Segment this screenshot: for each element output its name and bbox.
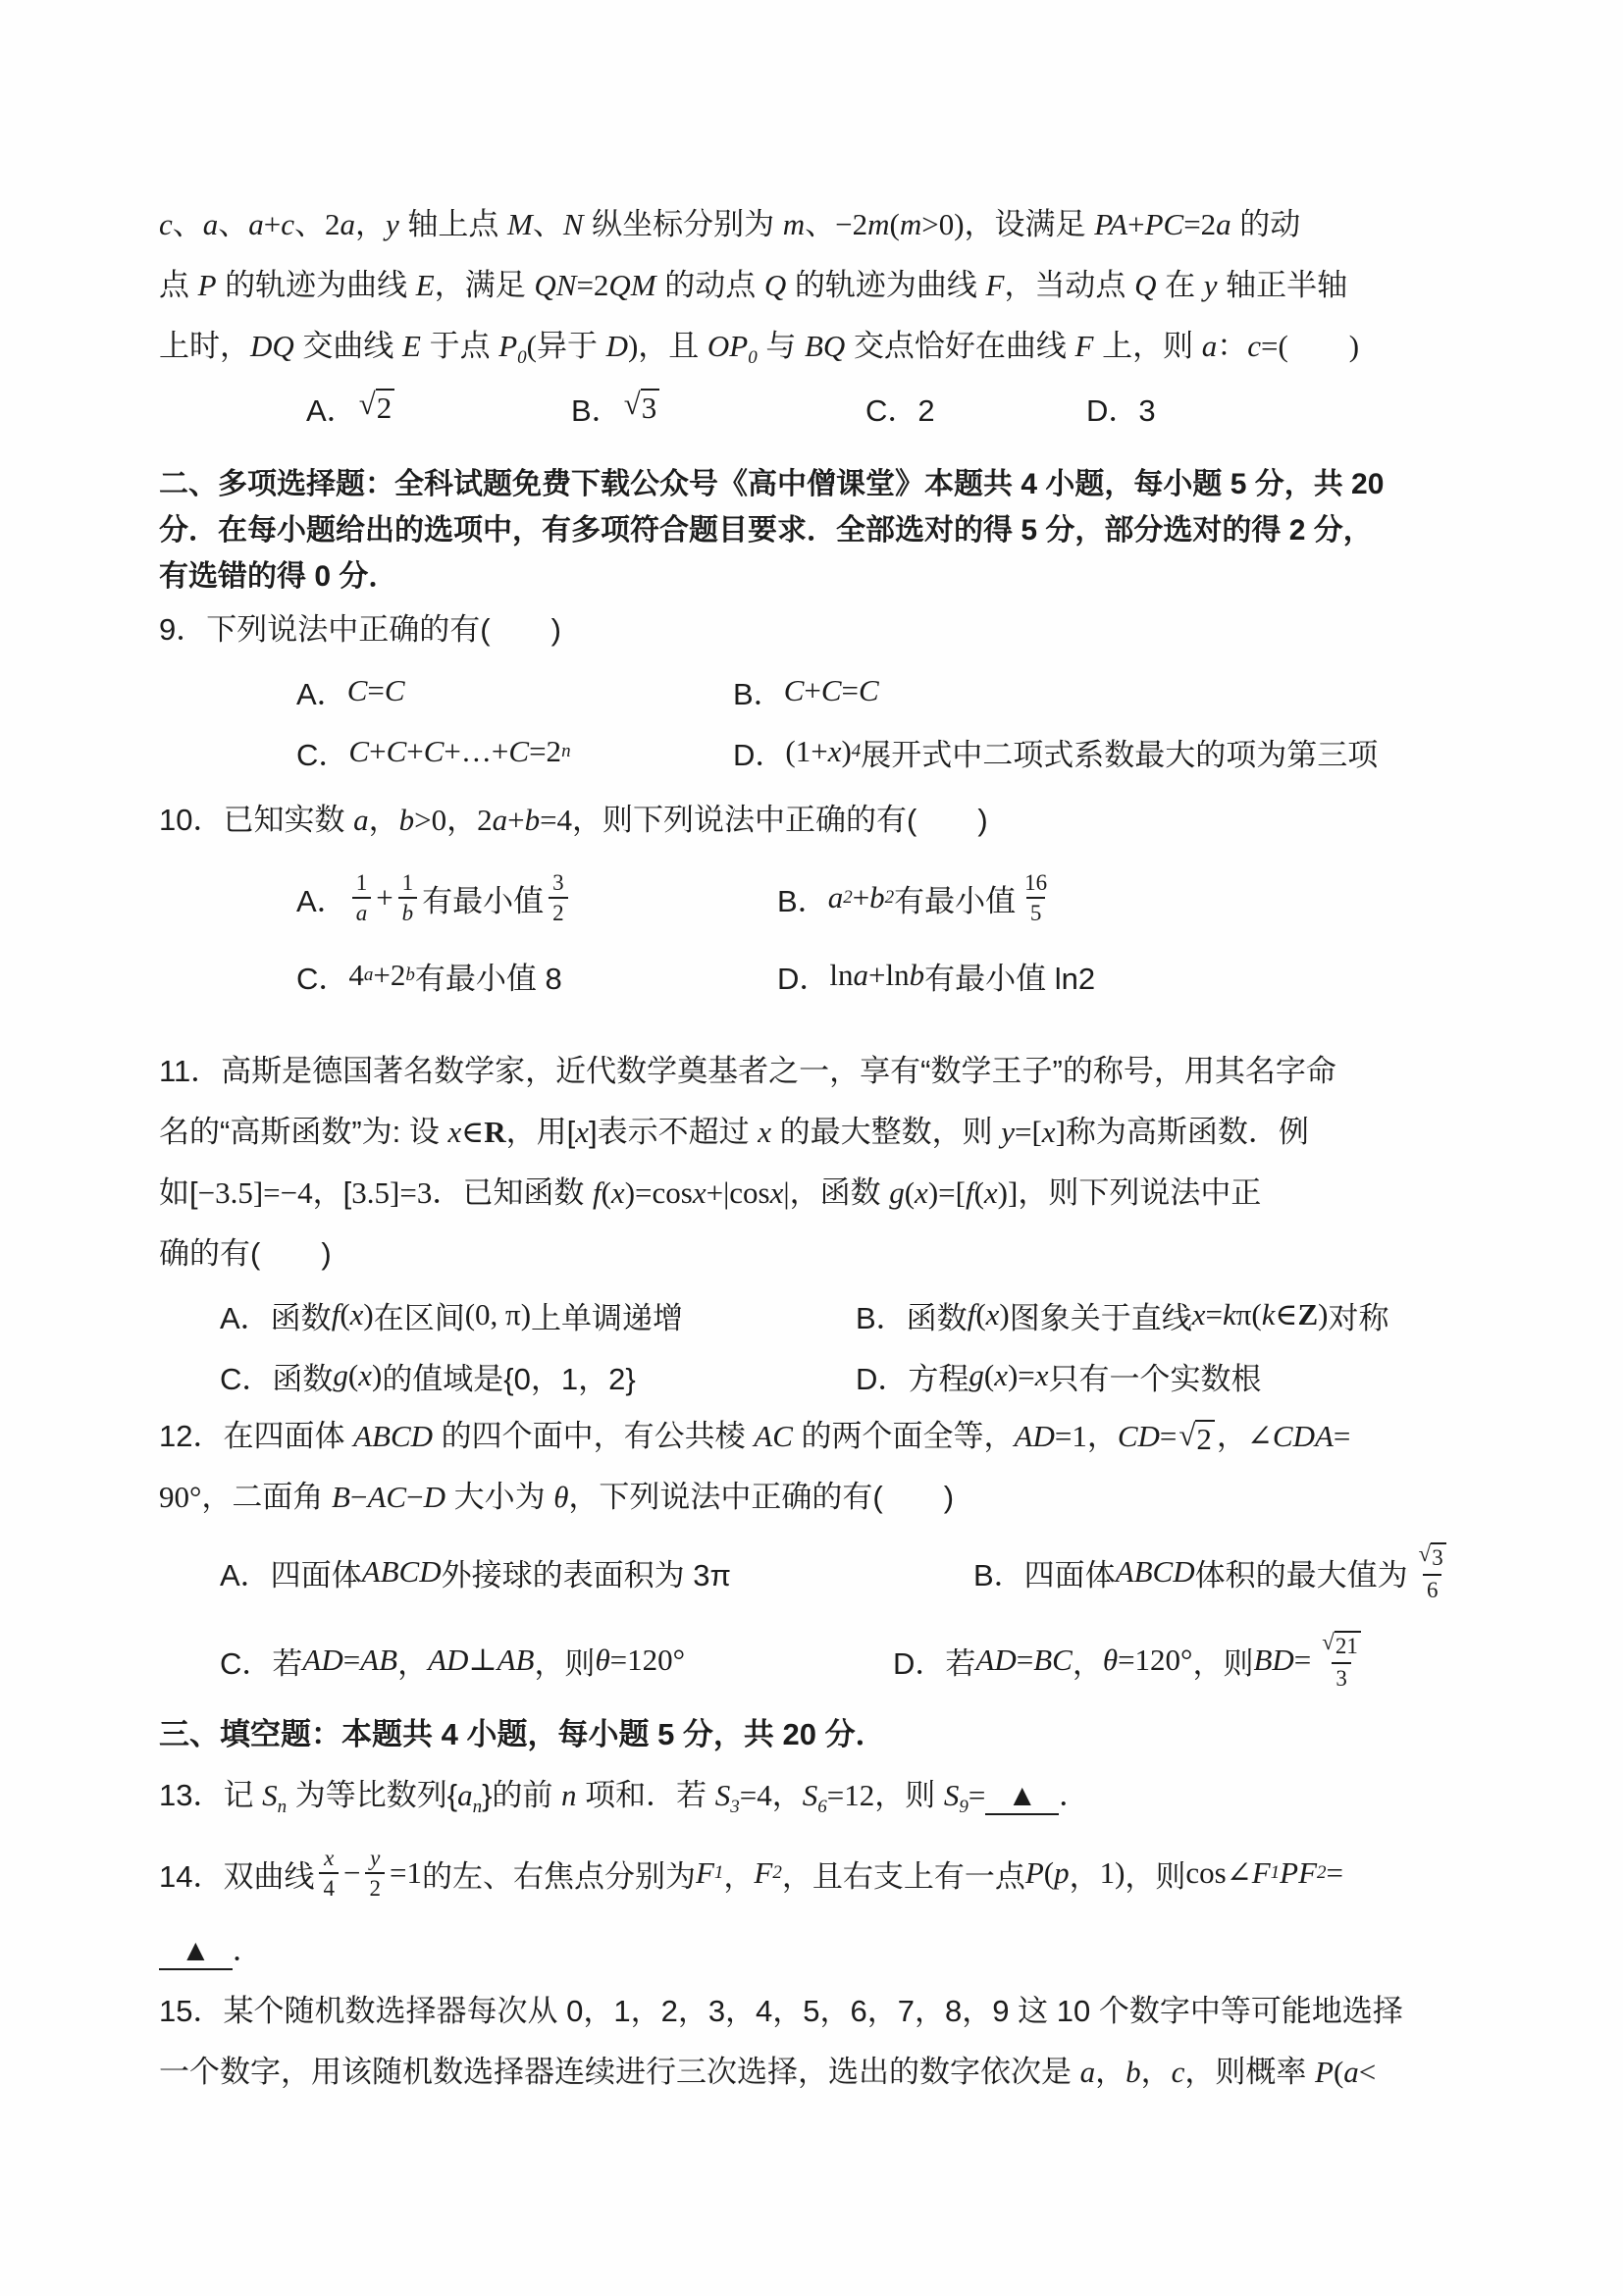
section-2-header: 二、多项选择题：全科试题免费下载公众号《高中僧课堂》本题共 4 小题，每小题 5…	[159, 461, 1476, 600]
option-d: D．(1+x)4展开式中二项式系数最大的项为第三项	[733, 721, 1476, 782]
option-b: B．函数 f(x)图象关于直线 x=kπ(k∈Z)对称	[856, 1284, 1476, 1345]
text-line: 90°，二面角 B−AC−D 大小为 θ，下列说法中正确的有( )	[159, 1467, 1476, 1528]
question-12-options-row-1: A．四面体 ABCD 外接球的表面积为 3π B．四面体 ABCD 体积的最大值…	[159, 1528, 1476, 1616]
option-d: D．若 AD=BC，θ=120°，则 BD=√213	[893, 1616, 1476, 1704]
text-line: 上时，DQ 交曲线 E 于点 P0(异于 D)，且 OP0 与 BQ 交点恰好在…	[159, 316, 1476, 377]
question-9-options-row-2: C．C+C+C+…+C=2n D．(1+x)4展开式中二项式系数最大的项为第三项	[159, 721, 1476, 782]
option-d: D．方程 g(x)=x 只有一个实数根	[856, 1345, 1476, 1406]
question-11-options-row-1: A．函数 f(x)在区间(0, π)上单调递增 B．函数 f(x)图象关于直线 …	[159, 1284, 1476, 1345]
text-line: 二、多项选择题：全科试题免费下载公众号《高中僧课堂》本题共 4 小题，每小题 5…	[159, 461, 1476, 507]
option-a: A．√2	[306, 377, 571, 438]
text-line: 12．在四面体 ABCD 的四个面中，有公共棱 AC 的两个面全等，AD=1，C…	[159, 1406, 1476, 1467]
text-line: 确的有( )	[159, 1224, 1476, 1284]
question-9: 9．下列说法中正确的有( ) A．C=C B．C+C=C C．C+C+C+…+C…	[159, 600, 1476, 782]
question-12-options-row-2: C．若 AD=AB，AD⊥AB，则 θ=120° D．若 AD=BC，θ=120…	[159, 1616, 1476, 1704]
option-c: C．若 AD=AB，AD⊥AB，则 θ=120°	[220, 1616, 893, 1704]
question-stem: 10．已知实数 a，b>0，2a+b=4，则下列说法中正确的有( )	[159, 790, 1476, 851]
question-10: 10．已知实数 a，b>0，2a+b=4，则下列说法中正确的有( ) A．1a+…	[159, 790, 1476, 1006]
option-c: C．4a+2b 有最小值 8	[296, 945, 777, 1006]
option-a: A．1a+1b有最小值32	[296, 851, 777, 945]
text-line: 有选错的得 0 分．	[159, 553, 1476, 600]
option-a: A．C=C	[296, 660, 733, 721]
question-8-options: A．√2 B．√3 C．2 D．3	[159, 377, 1476, 438]
text-line: c、a、a+c、2a，y 轴上点 M、N 纵坐标分别为 m、−2m(m>0)，设…	[159, 194, 1476, 255]
option-b: B．C+C=C	[733, 660, 1476, 721]
text-line: 点 P 的轨迹为曲线 E，满足 QN=2QM 的动点 Q 的轨迹为曲线 F，当动…	[159, 255, 1476, 316]
option-b: B．√3	[571, 377, 865, 438]
section-3-header: 三、填空题：本题共 4 小题，每小题 5 分，共 20 分．	[159, 1704, 1476, 1765]
option-b: B．a2+b2有最小值165	[777, 851, 1476, 945]
question-15: 15．某个随机数选择器每次从 0，1，2，3，4，5，6，7，8，9 这 10 …	[159, 1981, 1476, 2103]
text-line: 一个数字，用该随机数选择器连续进行三次选择，选出的数字依次是 a，b，c，则概率…	[159, 2042, 1476, 2103]
option-c: C．C+C+C+…+C=2n	[296, 721, 733, 782]
question-14: 14．双曲线x4−y2=1的左、右焦点分别为 F1，F2，且右支上有一点 P(p…	[159, 1826, 1476, 1981]
question-10-options-row-2: C．4a+2b 有最小值 8 D．lna+lnb 有最小值 ln2	[159, 945, 1476, 1006]
option-d: D．3	[1086, 377, 1476, 438]
question-10-options-row-1: A．1a+1b有最小值32 B．a2+b2有最小值165	[159, 851, 1476, 945]
question-13: 13．记 Sn 为等比数列{an}的前 n 项和．若 S3=4，S6=12，则 …	[159, 1765, 1476, 1826]
option-b: B．四面体 ABCD 体积的最大值为√36	[973, 1528, 1476, 1616]
question-stem: 9．下列说法中正确的有( )	[159, 600, 1476, 660]
question-9-options-row-1: A．C=C B．C+C=C	[159, 660, 1476, 721]
text-line: 13．记 Sn 为等比数列{an}的前 n 项和．若 S3=4，S6=12，则 …	[159, 1765, 1476, 1826]
option-c: C．函数 g(x)的值域是{0，1，2}	[220, 1345, 856, 1406]
question-12: 12．在四面体 ABCD 的四个面中，有公共棱 AC 的两个面全等，AD=1，C…	[159, 1406, 1476, 1704]
option-d: D．lna+lnb 有最小值 ln2	[777, 945, 1476, 1006]
question-11-options-row-2: C．函数 g(x)的值域是{0，1，2} D．方程 g(x)=x 只有一个实数根	[159, 1345, 1476, 1406]
text-line: 如[−3.5]=−4，[3.5]=3．已知函数 f(x)=cosx+|cosx|…	[159, 1163, 1476, 1224]
option-a: A．四面体 ABCD 外接球的表面积为 3π	[220, 1528, 973, 1616]
text-line: 14．双曲线x4−y2=1的左、右焦点分别为 F1，F2，且右支上有一点 P(p…	[159, 1826, 1476, 1920]
text-line: 15．某个随机数选择器每次从 0，1，2，3，4，5，6，7，8，9 这 10 …	[159, 1981, 1476, 2042]
option-c: C．2	[865, 377, 1086, 438]
option-a: A．函数 f(x)在区间(0, π)上单调递增	[220, 1284, 856, 1345]
text-line: 三、填空题：本题共 4 小题，每小题 5 分，共 20 分．	[159, 1704, 1476, 1765]
text-line: 名的“高斯函数”为: 设 x∈R，用[x]表示不超过 x 的最大整数，则 y=[…	[159, 1102, 1476, 1163]
answer-blank-line: ▲．	[159, 1920, 1476, 1981]
question-11: 11．高斯是德国著名数学家，近代数学奠基者之一，享有“数学王子”的称号，用其名字…	[159, 1041, 1476, 1406]
text-line: 分．在每小题给出的选项中，有多项符合题目要求．全部选对的得 5 分，部分选对的得…	[159, 507, 1476, 553]
question-8-continuation: c、a、a+c、2a，y 轴上点 M、N 纵坐标分别为 m、−2m(m>0)，设…	[159, 194, 1476, 438]
exam-page: c、a、a+c、2a，y 轴上点 M、N 纵坐标分别为 m、−2m(m>0)，设…	[0, 0, 1623, 2103]
text-line: 11．高斯是德国著名数学家，近代数学奠基者之一，享有“数学王子”的称号，用其名字…	[159, 1041, 1476, 1102]
